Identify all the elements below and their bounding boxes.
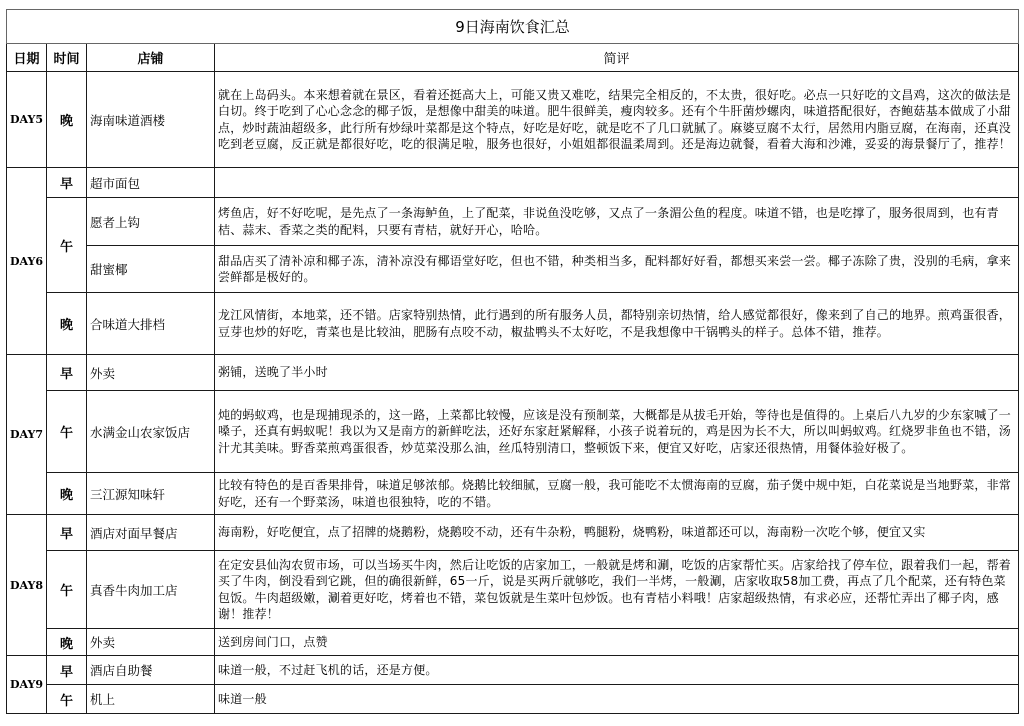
header-shop: 店铺 [87, 44, 215, 72]
shop-cell: 三江源知味轩 [87, 473, 215, 515]
date-cell: DAY6 [7, 168, 47, 355]
review-cell: 炖的蚂蚁鸡，也是现捕现杀的，这一路，上菜都比较慢，应该是没有预制菜，大概都是从拔… [215, 391, 1019, 473]
review-cell: 烤鱼店，好不好吃呢，是先点了一条海鲈鱼，上了配菜，非说鱼没吃够，又点了一条湄公鱼… [215, 198, 1019, 246]
table-row: 午 机上 味道一般 [7, 685, 1019, 714]
review-cell: 味道一般 [215, 685, 1019, 714]
review-cell: 就在上岛码头。本来想着就在景区，看着还挺高大上，可能又贵又难吃，结果完全相反的，… [215, 72, 1019, 168]
time-cell: 早 [47, 355, 87, 391]
time-cell: 早 [47, 515, 87, 551]
shop-cell: 酒店自助餐 [87, 656, 215, 685]
shop-cell: 外卖 [87, 629, 215, 656]
shop-cell: 甜蜜椰 [87, 246, 215, 293]
table-row: DAY9 早 酒店自助餐 味道一般，不过赶飞机的话，还是方便。 [7, 656, 1019, 685]
review-cell [215, 168, 1019, 198]
food-summary-sheet: 9日海南饮食汇总 日期 时间 店铺 简评 DAY5 晚 海南味道酒楼 就在上岛码… [6, 9, 1018, 714]
date-cell: DAY5 [7, 72, 47, 168]
table-title: 9日海南饮食汇总 [7, 10, 1019, 44]
review-cell: 比较有特色的是百香果排骨，味道足够浓郁。烧鹅比较细腻，豆腐一般，我可能吃不太惯海… [215, 473, 1019, 515]
shop-cell: 愿者上钩 [87, 198, 215, 246]
review-cell: 海南粉，好吃便宜，点了招牌的烧鹅粉，烧鹅咬不动，还有牛杂粉，鸭腿粉，烧鸭粉，味道… [215, 515, 1019, 551]
time-cell: 晚 [47, 629, 87, 656]
food-summary-table: 9日海南饮食汇总 日期 时间 店铺 简评 DAY5 晚 海南味道酒楼 就在上岛码… [6, 9, 1019, 714]
time-cell: 早 [47, 656, 87, 685]
review-cell: 味道一般，不过赶飞机的话，还是方便。 [215, 656, 1019, 685]
shop-cell: 真香牛肉加工店 [87, 551, 215, 629]
table-row: DAY7 早 外卖 粥铺，送晚了半小时 [7, 355, 1019, 391]
table-row: 甜蜜椰 甜品店买了清补凉和椰子冻，清补凉没有椰语堂好吃，但也不错，种类相当多，配… [7, 246, 1019, 293]
time-cell: 午 [47, 198, 87, 293]
time-cell: 午 [47, 685, 87, 714]
date-cell: DAY7 [7, 355, 47, 515]
header-date: 日期 [7, 44, 47, 72]
review-cell: 甜品店买了清补凉和椰子冻，清补凉没有椰语堂好吃，但也不错，种类相当多，配料都好好… [215, 246, 1019, 293]
review-cell: 在定安县仙沟农贸市场，可以当场买牛肉，然后让吃饭的店家加工，一般就是烤和涮，吃饭… [215, 551, 1019, 629]
table-row: 午 水满金山农家饭店 炖的蚂蚁鸡，也是现捕现杀的，这一路，上菜都比较慢，应该是没… [7, 391, 1019, 473]
table-row: 晚 合味道大排档 龙江风情街，本地菜，还不错。店家特别热情，此行遇到的所有服务人… [7, 293, 1019, 355]
time-cell: 晚 [47, 473, 87, 515]
table-row: 晚 三江源知味轩 比较有特色的是百香果排骨，味道足够浓郁。烧鹅比较细腻，豆腐一般… [7, 473, 1019, 515]
shop-cell: 酒店对面早餐店 [87, 515, 215, 551]
table-row: DAY8 早 酒店对面早餐店 海南粉，好吃便宜，点了招牌的烧鹅粉，烧鹅咬不动，还… [7, 515, 1019, 551]
time-cell: 午 [47, 551, 87, 629]
table-row: 午 真香牛肉加工店 在定安县仙沟农贸市场，可以当场买牛肉，然后让吃饭的店家加工，… [7, 551, 1019, 629]
time-cell: 晚 [47, 293, 87, 355]
table-row: 午 愿者上钩 烤鱼店，好不好吃呢，是先点了一条海鲈鱼，上了配菜，非说鱼没吃够，又… [7, 198, 1019, 246]
review-cell: 送到房间门口，点赞 [215, 629, 1019, 656]
table-row: DAY5 晚 海南味道酒楼 就在上岛码头。本来想着就在景区，看着还挺高大上，可能… [7, 72, 1019, 168]
date-cell: DAY8 [7, 515, 47, 656]
header-time: 时间 [47, 44, 87, 72]
header-review: 简评 [215, 44, 1019, 72]
review-cell: 龙江风情街，本地菜，还不错。店家特别热情，此行遇到的所有服务人员，都特别亲切热情… [215, 293, 1019, 355]
shop-cell: 超市面包 [87, 168, 215, 198]
time-cell: 晚 [47, 72, 87, 168]
shop-cell: 合味道大排档 [87, 293, 215, 355]
time-cell: 午 [47, 391, 87, 473]
time-cell: 早 [47, 168, 87, 198]
table-row: DAY6 早 超市面包 [7, 168, 1019, 198]
shop-cell: 海南味道酒楼 [87, 72, 215, 168]
shop-cell: 水满金山农家饭店 [87, 391, 215, 473]
shop-cell: 机上 [87, 685, 215, 714]
review-cell: 粥铺，送晚了半小时 [215, 355, 1019, 391]
shop-cell: 外卖 [87, 355, 215, 391]
table-row: 晚 外卖 送到房间门口，点赞 [7, 629, 1019, 656]
date-cell: DAY9 [7, 656, 47, 714]
